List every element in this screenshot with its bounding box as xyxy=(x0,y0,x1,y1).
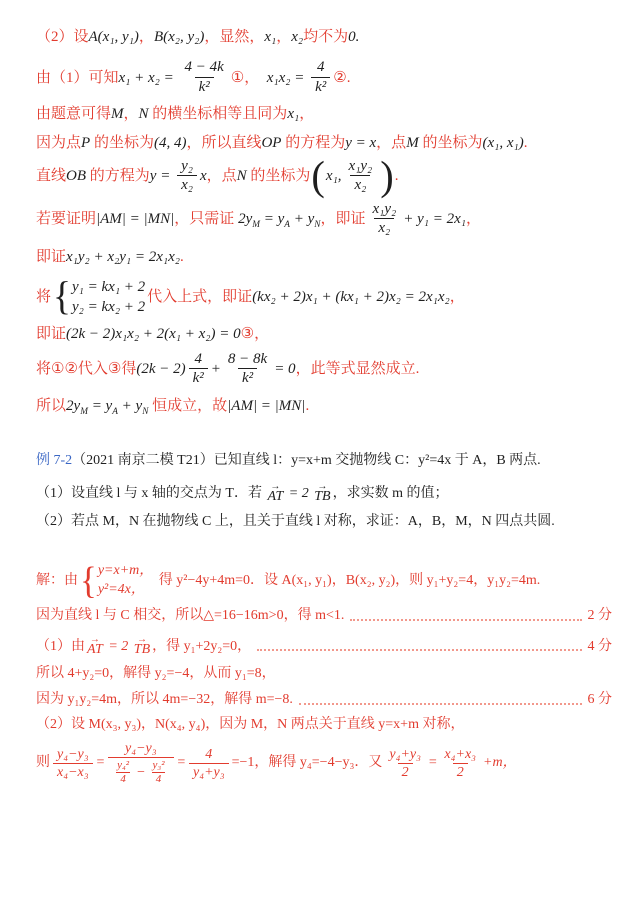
math-run: +m， xyxy=(483,754,517,773)
fraction-numerator: 4 xyxy=(201,747,216,763)
math-run: + y xyxy=(118,398,142,414)
fraction: 4 − 4kk² xyxy=(181,59,228,96)
text-run: 的坐标为 xyxy=(247,166,311,186)
math-run: x₁ + x₂ = xyxy=(119,68,178,88)
vector: →TB xyxy=(134,637,150,658)
document-page: （2）设A(x₁, y₁)，B(x₂, y₂)，显然，x₁，x₂均不为0. 由（… xyxy=(0,0,642,907)
math-run: y = xyxy=(150,166,174,186)
math-run: OB xyxy=(66,166,86,186)
solution-line-5: 直线OB 的方程为y = y₂x₂x，点N 的坐标为(x₁,x₁y₂x₂). xyxy=(36,158,612,195)
text-run: . xyxy=(180,247,184,267)
text-run: （2）设 xyxy=(36,27,89,47)
text-run: . xyxy=(305,396,309,416)
text-run: . xyxy=(524,133,528,153)
fraction: x₁y₂x₂ xyxy=(368,201,400,238)
text-run: ，只需证 xyxy=(174,209,238,229)
fraction: y₄−y₃y₄²4−y₃²4 xyxy=(108,741,173,786)
fraction-denominator: x₂ xyxy=(177,175,197,195)
text-run: ，所以直线 xyxy=(186,133,261,153)
text-run: ， xyxy=(276,27,291,47)
fraction-numerator: 8 − 8k xyxy=(224,351,271,368)
left-brace: { xyxy=(80,564,97,598)
fraction-denominator: 4 xyxy=(116,772,130,787)
solution-line-8: 将{y₁ = kx₁ + 2y₂ = kx₂ + 2代入上式，即证(kx₂ + … xyxy=(36,277,612,318)
math-run: = 2 xyxy=(105,638,132,657)
math-run: = 2 xyxy=(285,485,312,504)
solution2-line-1: 解：由{y=x+m，y²=4x， 得 y²−4y+4m=0．设 A(x₁, y₁… xyxy=(36,562,612,600)
score-label: 2 分 xyxy=(588,607,613,626)
fraction-numerator: y₄−y₃ xyxy=(53,747,93,763)
text-run: 恒成立，故 xyxy=(148,396,227,416)
circled-number-3: ③， xyxy=(241,324,269,344)
math-run: y²=4x， xyxy=(98,581,145,600)
text-run: ， xyxy=(124,104,139,124)
solution-line-9: 即证(2k − 2)x₁x₂ + 2(x₁ + x₂) = 0③， xyxy=(36,324,612,344)
text-run: （2）若点 M，N 在抛物线 C 上，且关于直线 l 对称，求证：A，B，M，N… xyxy=(36,513,555,532)
circled-number-1: ①， xyxy=(231,68,267,88)
math-run: 2yM = yA + yN xyxy=(66,396,148,416)
math-run: OP xyxy=(261,133,281,153)
fraction-numerator: 4 xyxy=(190,351,206,368)
text-run: ，即证 xyxy=(320,209,365,229)
text-run: 由题意可得 xyxy=(36,104,111,124)
math-run: = y xyxy=(260,211,284,227)
math-run: y₁ = kx₁ + 2 xyxy=(72,277,145,297)
text-run: 因为直线 l 与 C 相交，所以△=16−16m>0，得 m<1. xyxy=(36,607,344,626)
text-run: 的方程为 xyxy=(86,166,150,186)
text-run: 因为点 xyxy=(36,133,81,153)
problem-heading: 例 7-2（2021 南京二模 T21）已知直线 l：y=x+m 交抛物线 C：… xyxy=(36,452,612,471)
text-run: 的坐标为 xyxy=(419,133,483,153)
math-run: (2k − 2) xyxy=(136,359,185,379)
dotted-leader xyxy=(257,649,581,651)
math-run: A(x₁, y₁) xyxy=(89,27,139,47)
fraction-numerator: y₄−y₃ xyxy=(121,741,161,757)
math-run: 2yM = yA + yN xyxy=(238,209,320,229)
score-label: 6 分 xyxy=(588,691,613,710)
fraction: y₄−y₃x₄−x₃ xyxy=(53,747,93,782)
math-run: M xyxy=(111,104,124,124)
fraction-denominator: x₂ xyxy=(374,218,394,238)
text-run: （2021 南京二模 T21）已知直线 l：y=x+m 交抛物线 C：y²=4x… xyxy=(72,452,541,471)
problem-part-2: （2）若点 M，N 在抛物线 C 上，且关于直线 l 对称，求证：A，B，M，N… xyxy=(36,513,612,532)
math-run: y₂ = kx₂ + 2 xyxy=(72,297,145,317)
text-run: ， xyxy=(466,209,481,229)
fraction-denominator: x₂ xyxy=(350,175,370,195)
text-run: 由（1）可知 xyxy=(36,68,119,88)
problem-part-1: （1）设直线 l 与 x 轴的交点为 T．若 →AT = 2 →TB，求实数 m… xyxy=(36,484,612,505)
dotted-leader xyxy=(350,619,581,621)
text-run: 得 y²−4y+4m=0．设 A(x₁, y₁)，B(x₂, y₂)，则 y₁+… xyxy=(155,572,540,591)
solution-line-4: 因为点P 的坐标为(4, 4)，所以直线OP 的方程为y = x，点M 的坐标为… xyxy=(36,133,612,153)
fraction-denominator: 2 xyxy=(453,763,468,782)
math-run: = xyxy=(177,754,186,773)
text-run: ，显然， xyxy=(204,27,264,47)
text-run: 直线 xyxy=(36,166,66,186)
solution2-line-5: 因为 y₁y₂=4m，所以 4m=−32，解得 m=−8.6 分 xyxy=(36,691,612,710)
fraction-denominator: y₄²4−y₃²4 xyxy=(108,757,173,786)
text-run: ，点 xyxy=(376,133,406,153)
math-run: B(x₂, y₂) xyxy=(154,27,204,47)
fraction-numerator: x₁y₂ xyxy=(345,158,377,175)
text-run: 的横坐标相等且同为 xyxy=(149,104,288,124)
fraction: 8 − 8kk² xyxy=(224,351,271,388)
math-run: x xyxy=(200,166,207,186)
fraction-numerator: y₂ xyxy=(177,158,197,175)
vector: →AT xyxy=(87,637,103,658)
example-label: 例 7-2 xyxy=(36,452,72,471)
text-run: ，求实数 m 的值； xyxy=(333,485,449,504)
text-run: ， xyxy=(139,27,154,47)
fraction-denominator: x₄−x₃ xyxy=(53,763,93,782)
text-run: 将 xyxy=(36,287,51,307)
fraction-denominator: 4 xyxy=(152,772,166,787)
math-run: 0. xyxy=(348,27,359,47)
text-run: 所以 4+y₂=0，解得 y₂=−4，从而 y₁=8， xyxy=(36,665,276,684)
math-run: x₁, xyxy=(326,166,342,186)
solution2-line-4: 所以 4+y₂=0，解得 y₂=−4，从而 y₁=8， xyxy=(36,665,612,684)
fraction-numerator: x₄+x₃ xyxy=(440,747,480,763)
circled-number-2: ②. xyxy=(333,68,350,88)
math-run: N xyxy=(139,104,149,124)
text-run: ，此等式显然成立. xyxy=(296,359,420,379)
equation-system: {y=x+m，y²=4x， xyxy=(80,562,153,600)
math-run: TB xyxy=(314,490,330,504)
text-run: 解：由 xyxy=(36,572,78,591)
math-run: x₁y₂ + x₂y₁ = 2x₁x₂ xyxy=(66,247,180,267)
fraction-numerator: y₄+y₃ xyxy=(385,747,425,763)
vector: →AT xyxy=(267,484,283,505)
math-run: = xyxy=(96,754,105,773)
text-run: ， xyxy=(450,287,465,307)
text-run: =−1，解得 y₄=−4−y₃．又 xyxy=(232,754,383,773)
text-run: 若要证明 xyxy=(36,209,96,229)
left-brace: { xyxy=(53,279,71,315)
math-run: x₁x₂ = xyxy=(267,68,308,88)
solution-line-7: 即证x₁y₂ + x₂y₁ = 2x₁x₂. xyxy=(36,247,612,267)
text-run: 代入上式，即证 xyxy=(147,287,252,307)
math-run: 2y xyxy=(66,398,80,414)
subscript-label: M xyxy=(80,407,88,417)
solution-line-11: 所以2yM = yA + yN 恒成立，故|AM| = |MN|. xyxy=(36,396,612,416)
math-run: AT xyxy=(267,490,283,504)
solution2-line-3: （1）由→AT = 2 →TB，得 y₁+2y₂=0，4 分 xyxy=(36,637,612,658)
text-run: 即证 xyxy=(36,247,66,267)
solution-line-2: 由（1）可知x₁ + x₂ = 4 − 4kk²①， x₁x₂ = 4k²②. xyxy=(36,59,612,96)
math-run: = y xyxy=(88,398,112,414)
solution2-line-2: 因为直线 l 与 C 相交，所以△=16−16m>0，得 m<1.2 分 xyxy=(36,607,612,626)
math-run: + y₁ = 2x₁ xyxy=(403,209,466,229)
fraction: y₄²4 xyxy=(113,759,133,786)
score-label: 4 分 xyxy=(588,638,613,657)
fraction: x₄+x₃2 xyxy=(440,747,480,782)
math-run: y=x+m， xyxy=(98,562,153,581)
math-run: N xyxy=(237,166,247,186)
fraction-numerator: y₃² xyxy=(149,759,169,772)
fraction-denominator: y₄+y₃ xyxy=(189,763,229,782)
math-run: x₁ xyxy=(287,104,299,124)
solution-line-1: （2）设A(x₁, y₁)，B(x₂, y₂)，显然，x₁，x₂均不为0. xyxy=(36,27,612,47)
text-run: ，点 xyxy=(207,166,237,186)
math-run: 2y xyxy=(238,211,252,227)
text-run: （1）设直线 l 与 x 轴的交点为 T．若 xyxy=(36,485,265,504)
text-run: 将①②代入③得 xyxy=(36,359,136,379)
math-run: M xyxy=(406,133,419,153)
fraction: y₂x₂ xyxy=(177,158,197,195)
fraction-numerator: 4 xyxy=(313,59,329,76)
equation-system: {y₁ = kx₁ + 2y₂ = kx₂ + 2 xyxy=(53,277,145,318)
subscript-label: M xyxy=(252,220,260,230)
math-run: − xyxy=(136,764,145,782)
solution2-line-6: （2）设 M(x₃, y₃)，N(x₄, y₄)，因为 M，N 两点关于直线 y… xyxy=(36,716,612,735)
text-run: ，得 y₁+2y₂=0， xyxy=(152,638,251,657)
solution-line-3: 由题意可得M，N 的横坐标相等且同为x₁， xyxy=(36,104,612,124)
fraction-denominator: 2 xyxy=(398,763,413,782)
fraction-denominator: k² xyxy=(238,368,257,388)
fraction: y₃²4 xyxy=(149,759,169,786)
fraction-numerator: 4 − 4k xyxy=(181,59,228,76)
text-run: 的坐标为 xyxy=(90,133,154,153)
fraction: x₁y₂x₂ xyxy=(345,158,377,195)
math-run: x₁ xyxy=(264,27,276,47)
text-run: 即证 xyxy=(36,324,66,344)
math-run: (4, 4) xyxy=(154,133,187,153)
vector: →TB xyxy=(314,484,330,505)
fraction-numerator: x₁y₂ xyxy=(368,201,400,218)
math-run: |AM| = |MN| xyxy=(227,396,305,416)
math-run: (kx₂ + 2)x₁ + (kx₁ + 2)x₂ = 2x₁x₂ xyxy=(252,287,450,307)
fraction-denominator: k² xyxy=(195,77,214,97)
dotted-leader xyxy=(299,703,582,705)
text-run: （2）设 M(x₃, y₃)，N(x₄, y₄)，因为 M，N 两点关于直线 y… xyxy=(36,716,464,735)
text-run: 所以 xyxy=(36,396,66,416)
fraction-denominator: k² xyxy=(189,368,208,388)
text-run: 均不为 xyxy=(303,27,348,47)
text-run: （1）由 xyxy=(36,638,85,657)
fraction: 4y₄+y₃ xyxy=(189,747,229,782)
math-run: (2k − 2)x₁x₂ + 2(x₁ + x₂) = 0 xyxy=(66,324,241,344)
text-run: 的方程为 xyxy=(281,133,345,153)
text-run: ， xyxy=(299,104,314,124)
fraction: y₄+y₃2 xyxy=(385,747,425,782)
math-run: |AM| = |MN| xyxy=(96,209,174,229)
coordinate-group: (x₁,x₁y₂x₂) xyxy=(310,158,394,195)
fraction-denominator: k² xyxy=(311,77,330,97)
fraction-numerator: y₄² xyxy=(113,759,133,772)
math-run: = 0 xyxy=(274,359,295,379)
math-run: = xyxy=(428,754,437,773)
fraction: 4k² xyxy=(189,351,208,388)
solution2-line-7: 则y₄−y₃x₄−x₃=y₄−y₃y₄²4−y₃²4=4y₄+y₃=−1，解得 … xyxy=(36,741,612,786)
math-run: x₂ xyxy=(291,27,303,47)
math-run: P xyxy=(81,133,90,153)
fraction: 4k² xyxy=(311,59,330,96)
left-paren: ( xyxy=(311,159,325,194)
math-run: + y xyxy=(290,211,314,227)
text-run: 则 xyxy=(36,754,50,773)
solution-line-6: 若要证明|AM| = |MN|，只需证 2yM = yA + yN，即证x₁y₂… xyxy=(36,201,612,238)
math-run: + xyxy=(211,359,221,379)
right-paren: ) xyxy=(380,159,394,194)
math-run: (x₁, x₁) xyxy=(482,133,523,153)
math-run: AT xyxy=(87,643,103,657)
text-run: 因为 y₁y₂=4m，所以 4m=−32，解得 m=−8. xyxy=(36,691,293,710)
solution-line-10: 将①②代入③得(2k − 2)4k²+8 − 8kk²= 0，此等式显然成立. xyxy=(36,351,612,388)
math-run: y = x xyxy=(345,133,376,153)
text-run: . xyxy=(395,166,399,186)
math-run: TB xyxy=(134,643,150,657)
